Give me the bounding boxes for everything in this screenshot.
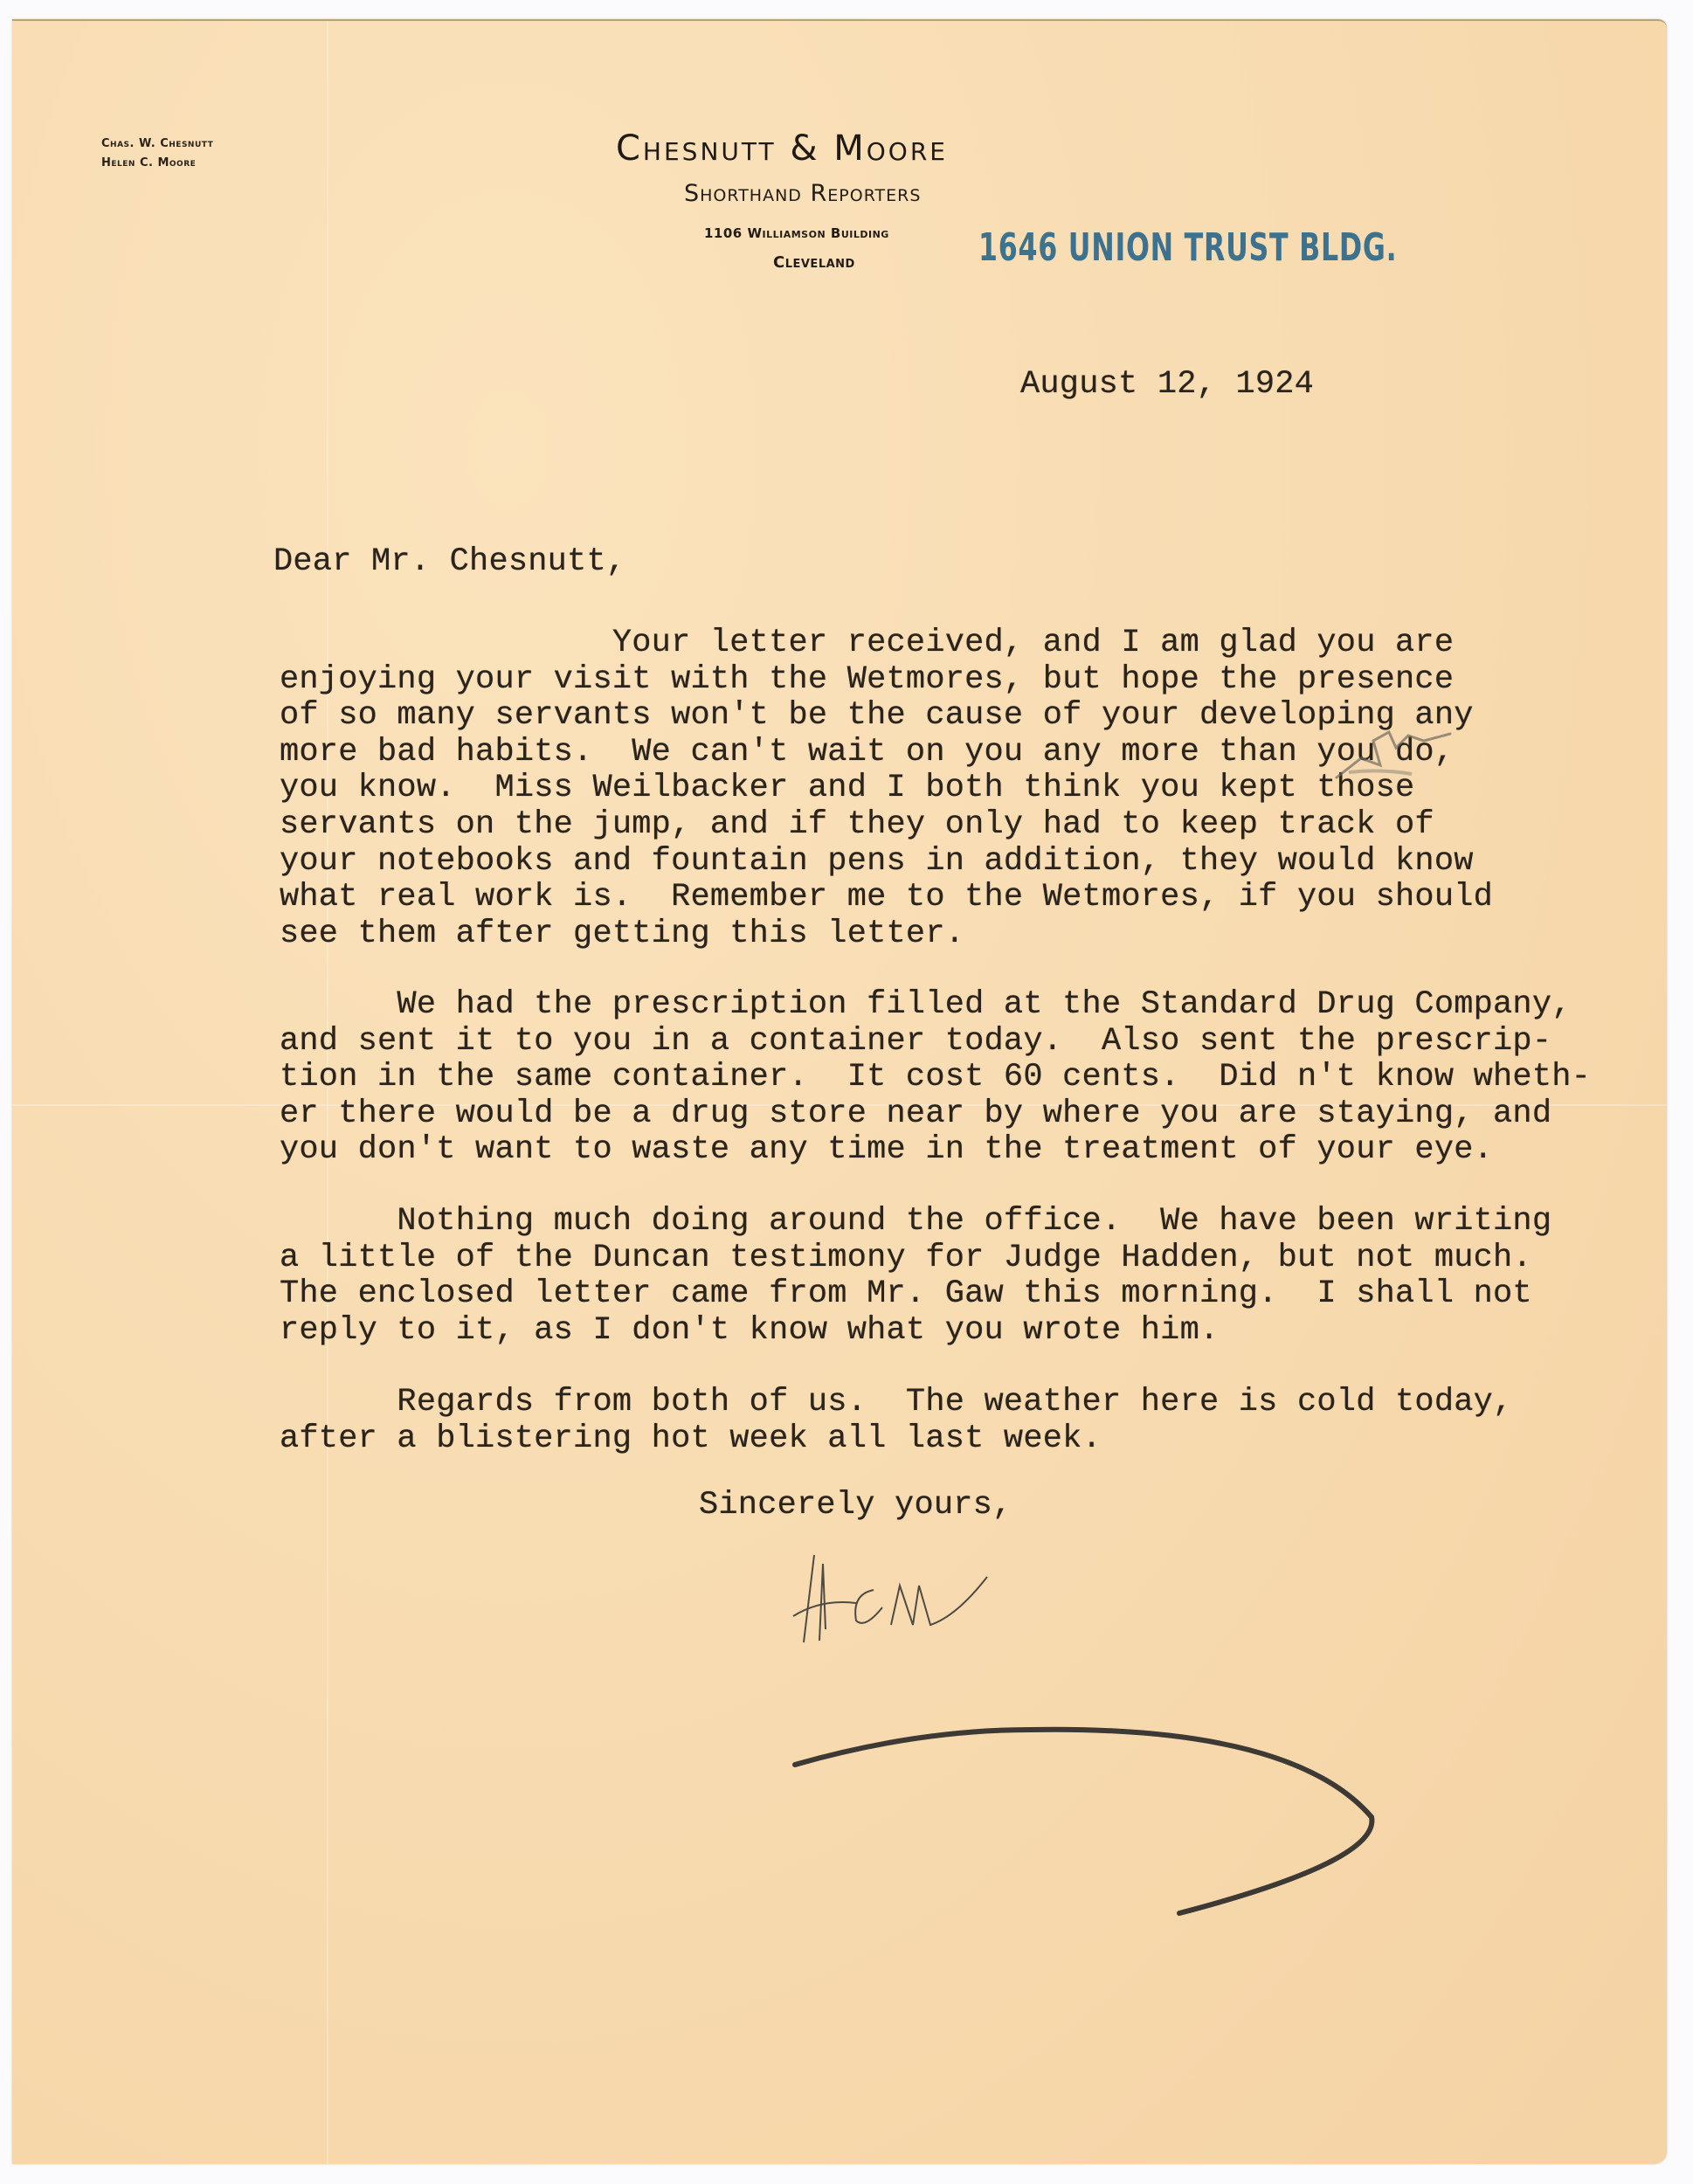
firm-address: 1106 Williamson Building <box>704 225 889 241</box>
closing: Sincerely yours, <box>699 1488 1012 1524</box>
text-line: tion in the same container. It cost 60 c… <box>280 1060 1591 1096</box>
text-line: see them after getting this letter. <box>280 916 1493 953</box>
firm-city: Cleveland <box>773 253 855 272</box>
text-line: a little of the Duncan testimony for Jud… <box>280 1241 1551 1277</box>
text-line: Nothing much doing around the office. We… <box>280 1204 1551 1241</box>
text-line: servants on the jump, and if they only h… <box>280 807 1493 844</box>
text-line: The enclosed letter came from Mr. Gaw th… <box>280 1276 1551 1313</box>
text-line: of so many servants won't be the cause o… <box>280 698 1493 735</box>
text-line: what real work is. Remember me to the We… <box>280 880 1493 916</box>
signature-initials-icon <box>769 1538 1031 1651</box>
salutation: Dear Mr. Chesnutt, <box>273 544 625 581</box>
text-line: more bad habits. We can't wait on you an… <box>280 735 1493 771</box>
partner-name: Chas. W. Chesnutt <box>101 135 213 154</box>
text-line: We had the prescription filled at the St… <box>280 987 1591 1024</box>
firm-name: Chesnutt & Moore <box>616 129 948 168</box>
paragraph-4: Regards from both of us. The weather her… <box>280 1385 1512 1457</box>
letter-date: August 12, 1924 <box>1020 367 1314 404</box>
text-line: you don't want to waste any time in the … <box>280 1132 1591 1169</box>
text-line: Your letter received, and I am glad you … <box>280 625 1493 662</box>
text-line: you know. Miss Weilbacker and I both thi… <box>280 771 1493 807</box>
paragraph-3: Nothing much doing around the office. We… <box>280 1204 1551 1349</box>
text-line: enjoying your visit with the Wetmores, b… <box>280 662 1493 699</box>
text-line: your notebooks and fountain pens in addi… <box>280 844 1493 881</box>
pencil-annotation-icon <box>1328 723 1468 784</box>
text-line: Regards from both of us. The weather her… <box>280 1385 1512 1421</box>
text-line: reply to it, as I don't know what you wr… <box>280 1313 1551 1350</box>
text-line: and sent it to you in a container today.… <box>280 1024 1591 1061</box>
text-line: er there would be a drug store near by w… <box>280 1096 1591 1133</box>
paragraph-2: We had the prescription filled at the St… <box>280 987 1591 1169</box>
stamped-address: 1646 UNION TRUST BLDG. <box>978 225 1397 270</box>
letterhead-partners: Chas. W. Chesnutt Helen C. Moore <box>101 135 213 173</box>
paragraph-1: Your letter received, and I am glad you … <box>280 625 1493 952</box>
signature-flourish-icon <box>769 1642 1398 1922</box>
firm-description: Shorthand Reporters <box>684 180 921 207</box>
partner-name: Helen C. Moore <box>101 154 213 173</box>
text-line: after a blistering hot week all last wee… <box>280 1421 1512 1458</box>
